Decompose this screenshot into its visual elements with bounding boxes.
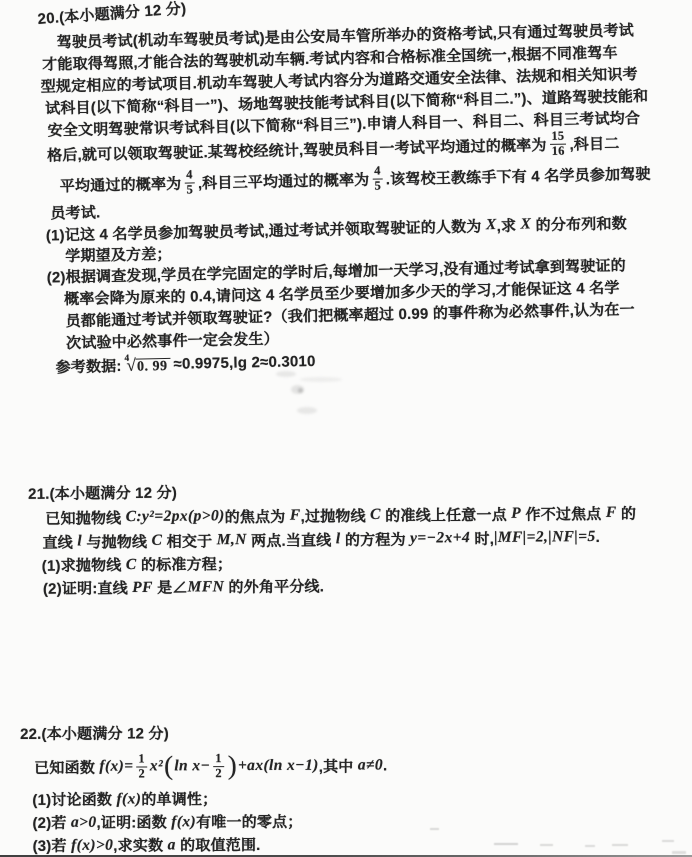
scan-dash: [430, 828, 439, 830]
text-run: (1)讨论函数: [32, 789, 116, 810]
fraction: 1516: [549, 130, 567, 159]
text-run: 20.(本小题满分 12 分): [37, 0, 187, 29]
text-run: .: [595, 528, 600, 545]
text-run: ,求实数: [113, 834, 167, 855]
math-run: P: [511, 505, 521, 523]
text-run: 21.(本小题满分 12 分): [28, 482, 177, 504]
text-run: 两点.当直线: [247, 529, 336, 551]
text-run: 的方程为: [340, 528, 410, 550]
question-22: 22.(本小题满分 12 分)已知函数 f(x)=12x²(ln x−12)+a…: [0, 717, 692, 857]
q21-item-2: (2)证明:直线 PF 是∠MFN 的外角平分线.: [43, 571, 692, 600]
math-run: y=−2x+4: [410, 529, 470, 548]
text-run: ,求: [496, 214, 520, 235]
q20-header: 20.(本小题满分 12 分): [37, 0, 187, 31]
question-20: 20.(本小题满分 12 分)驾驶员考试(机动车驾驶员考试)是由公安局车管所举办…: [0, 0, 692, 381]
question-21: 21.(本小题满分 12 分)已知抛物线 C:y²=2px(p>0)的焦点为 F…: [0, 475, 692, 600]
scan-smudge: [300, 377, 342, 382]
math-run: C: [151, 532, 162, 550]
q22-item-3: (3)若 f(x)>0,求实数 a 的取值范围.: [32, 831, 692, 857]
text-run: 的分布列和数: [531, 212, 627, 235]
scan-smudge: [276, 371, 296, 377]
scanned-exam-page: 20.(本小题满分 12 分)驾驶员考试(机动车驾驶员考试)是由公安局车管所举办…: [0, 0, 692, 857]
scan-dash: [672, 851, 686, 854]
q22-header: 22.(本小题满分 12 分): [20, 719, 169, 746]
math-run: ln x−: [174, 757, 210, 775]
fraction-numerator: 4: [372, 164, 383, 179]
text-run: ,科目三平均通过的概率为: [198, 168, 370, 193]
text-run: (2)若: [32, 812, 71, 833]
scan-dash: [662, 840, 674, 842]
fraction-numerator: 15: [549, 130, 566, 146]
math-run: f(x): [116, 790, 141, 808]
text-run: 直线: [42, 531, 77, 552]
text-run: 是∠: [153, 577, 188, 598]
text-run: .该驾校王教练手下有 4 名学员参加驾驶: [386, 162, 651, 189]
math-run: M,N: [217, 531, 247, 549]
fraction: 45: [184, 168, 195, 197]
text-run: 22.(本小题满分 12 分): [20, 722, 169, 744]
fraction-numerator: 1: [136, 752, 147, 767]
text-run: 的准线上任意一点: [381, 503, 512, 525]
scan-dash: [540, 844, 553, 846]
text-run: 员考试.: [50, 201, 100, 223]
math-run: MFN: [188, 578, 225, 596]
text-run: (3)若: [33, 835, 72, 856]
math-run: X: [486, 216, 497, 234]
math-run: a>0: [71, 813, 97, 831]
math-run: f(x): [171, 813, 196, 831]
text-run: 的: [616, 502, 636, 523]
text-run: 平均通过的概率为: [60, 172, 182, 196]
scan-smudge: [298, 388, 303, 393]
math-run: X: [520, 215, 531, 233]
math-run: PF: [132, 578, 153, 596]
text-run: 参考数据:: [55, 355, 121, 377]
fraction-numerator: 4: [184, 168, 195, 183]
fraction-denominator: 5: [372, 179, 383, 193]
math-run: F: [290, 507, 301, 525]
fraction: 12: [136, 752, 147, 781]
fraction: 45: [372, 164, 383, 193]
text-run: .: [383, 757, 387, 774]
text-run: 作不过焦点: [521, 502, 606, 524]
scan-dash: [494, 843, 518, 845]
text-run: 的外角平分线.: [224, 575, 324, 597]
q22-item-2: (2)若 a>0,证明:函数 f(x)有唯一的零点；: [32, 808, 692, 834]
fraction: 12: [213, 752, 224, 781]
math-run: a: [168, 836, 176, 854]
math-run: x²: [150, 757, 163, 775]
math-run: F: [606, 504, 617, 522]
text-run: 已知抛物线: [45, 507, 126, 529]
text-run: 已知函数: [34, 756, 99, 777]
text-run: ,过抛物线: [300, 504, 370, 526]
fraction-denominator: 5: [184, 183, 195, 197]
scan-dash: [585, 845, 595, 847]
text-run: 次试验中必然事件一定会发生）: [66, 327, 279, 352]
q22-function-line: 已知函数 f(x)=12x²(ln x−12)+ax(ln x−1),其中 a≠…: [34, 743, 692, 788]
text-run: ,其中: [319, 755, 358, 776]
fraction-denominator: 2: [136, 767, 147, 781]
text-run: (1)求抛物线: [42, 554, 126, 576]
text-run: (2)证明:直线: [43, 577, 132, 599]
text-run: ,科目二: [569, 132, 619, 154]
math-run: f(x)=: [99, 758, 133, 776]
fraction-denominator: 2: [213, 767, 224, 781]
radical-index: 4: [124, 354, 129, 364]
text-run: 的单调性；: [141, 788, 217, 809]
text-run: ≈0.9975,lg 2≈0.3010: [173, 353, 315, 373]
text-run: 的取值范围.: [176, 834, 261, 855]
math-run: C: [370, 506, 381, 524]
text-run: 的标准方程；: [137, 553, 233, 575]
math-run: C: [126, 555, 137, 573]
math-run: +ax(ln x−1): [238, 757, 319, 775]
text-run: 学期望及方差；: [65, 242, 172, 265]
math-run: f(x)>0: [71, 836, 113, 854]
scan-smudge: [297, 407, 317, 414]
text-run: 时,: [470, 527, 494, 548]
text-run: 的焦点为: [225, 505, 290, 527]
radical-expression: 4√0. 99: [124, 356, 170, 374]
q21-header: 21.(本小题满分 12 分): [28, 480, 177, 506]
math-run: a≠0: [358, 756, 383, 774]
fraction-denominator: 16: [550, 145, 567, 159]
text-run: 相交于: [162, 530, 217, 551]
scan-dash: [612, 844, 628, 846]
text-run: ,证明:函数: [96, 811, 171, 832]
math-run: |MF|=2,|NF|=5: [494, 528, 596, 547]
fraction-numerator: 1: [213, 752, 224, 767]
radicand: 0. 99: [136, 358, 171, 375]
text-run: 有唯一的零点；: [196, 811, 302, 832]
math-run: C:y²=2px(p>0): [126, 507, 225, 526]
q22-item-1: (1)讨论函数 f(x)的单调性；: [32, 785, 692, 811]
text-run: 与抛物线: [82, 530, 152, 552]
